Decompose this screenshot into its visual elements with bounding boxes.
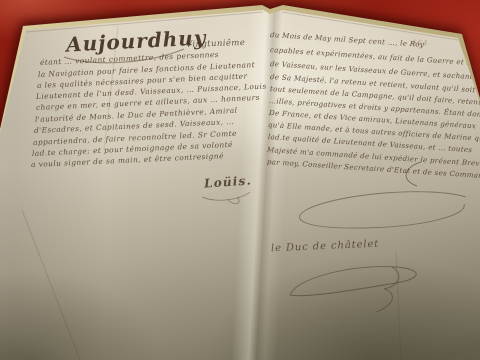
photo-of-manuscript: … … … … … … … Pour le Sr Comte … … … Auj… (0, 0, 480, 360)
handwritten-text-layer: … … … … … … … Pour le Sr Comte … … … Auj… (0, 0, 480, 360)
royal-signature: Loüis. (204, 174, 253, 189)
opening-date-word: Vingtuniême (186, 39, 245, 50)
manuscript-sheet: … … … … … … … Pour le Sr Comte … … … Auj… (0, 0, 480, 360)
paper-stack: … … … … … … … Pour le Sr Comte … … … Auj… (0, 0, 480, 360)
countersignature: le Duc de châtelet (271, 240, 380, 255)
